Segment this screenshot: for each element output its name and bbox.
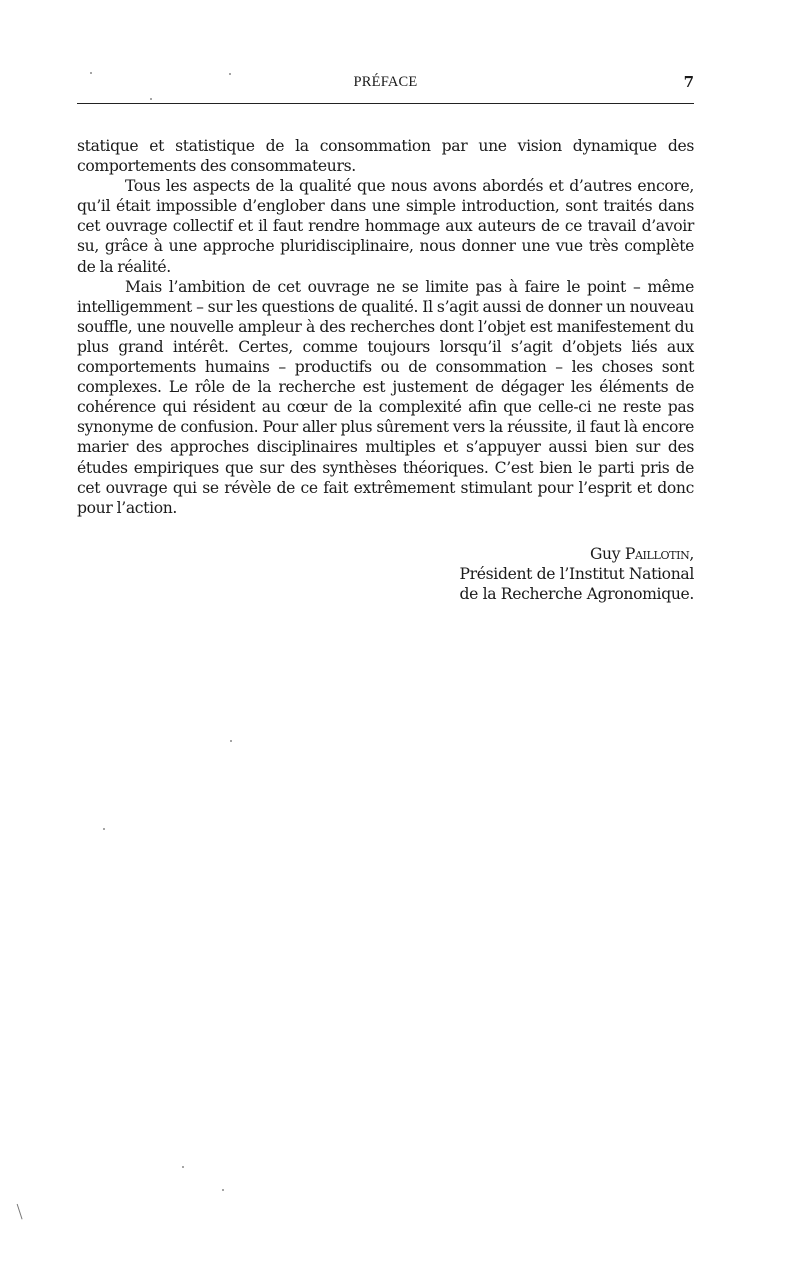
signatory-name: Guy Paillotin, xyxy=(460,544,695,564)
scan-speck xyxy=(230,740,232,742)
paragraph: Mais l’ambition de cet ouvrage ne se lim… xyxy=(77,277,694,518)
signatory-title-line-2: de la Recherche Agronomique. xyxy=(460,584,695,604)
scan-mark xyxy=(17,1203,27,1220)
preface-body: statique et statistique de la consommati… xyxy=(77,136,694,518)
scan-speck xyxy=(150,98,152,100)
running-title: PRÉFACE xyxy=(77,74,694,91)
running-head: PRÉFACE 7 xyxy=(77,72,694,94)
scan-speck xyxy=(182,1166,184,1168)
signature-block: Guy Paillotin, Président de l’Institut N… xyxy=(460,544,695,605)
signatory-first-name: Guy xyxy=(590,545,620,563)
paragraph: Tous les aspects de la qualité que nous … xyxy=(77,176,694,276)
signatory-last-name: Paillotin xyxy=(625,545,690,563)
scan-speck xyxy=(103,828,105,830)
scan-speck xyxy=(222,1189,224,1191)
signatory-punct: , xyxy=(689,545,694,563)
scan-speck xyxy=(229,73,231,75)
paragraph-continuation: statique et statistique de la consommati… xyxy=(77,136,694,176)
signatory-title-line-1: Président de l’Institut National xyxy=(460,564,695,584)
page-number: 7 xyxy=(684,73,694,91)
header-rule xyxy=(77,103,694,104)
scan-speck xyxy=(90,72,92,74)
book-page: PRÉFACE 7 statique et statistique de la … xyxy=(0,0,800,1282)
